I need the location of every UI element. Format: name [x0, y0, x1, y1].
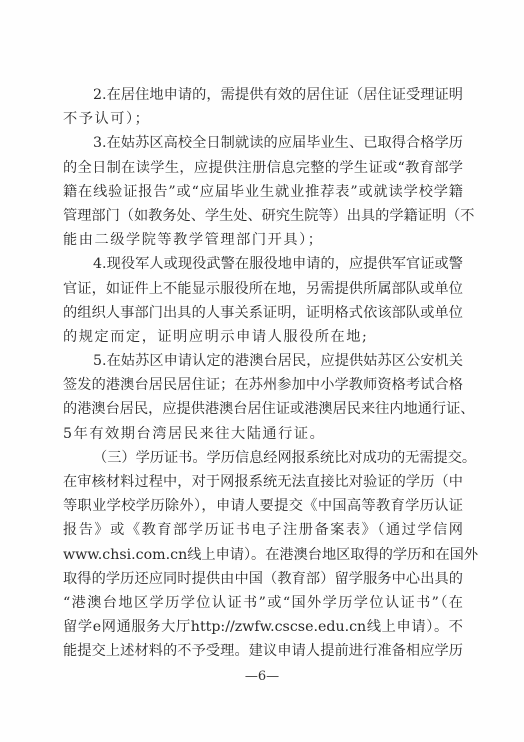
text-line: 的规定而定，证明应明示申请人服役所在地;	[63, 325, 463, 349]
text-line: 4.现役军人或现役武警在服役地申请的，应提供军官证或警	[63, 252, 463, 276]
text-line: 能由二级学院等教学管理部门开具）；	[63, 228, 463, 252]
text-line: 签发的港澳台居民居住证；在苏州参加中小学教师资格考试合格	[63, 373, 463, 397]
text-line: 在审核材料过程中，对于网报系统无法直接比对验证的学历（中	[63, 470, 463, 494]
text-line: 籍在线验证报告”或“应届毕业生就业推荐表”或就读学校学籍	[63, 180, 463, 204]
text-line: 不予认可）；	[63, 107, 463, 131]
page-number: —6—	[0, 669, 524, 684]
text-line: 能提交上述材料的不予受理。建议申请人提前进行准备相应学历	[63, 639, 463, 663]
text-line: 3.在姑苏区高校全日制就读的应届毕业生、已取得合格学历	[63, 131, 463, 155]
text-line: 报告》或《教育部学历证书电子注册备案表》（通过学信网	[63, 518, 463, 542]
text-line: 的组织人事部门出具的人事关系证明，证明格式依该部队或单位	[63, 301, 463, 325]
text-line: 5年有效期台湾居民来往大陆通行证。	[63, 422, 463, 446]
text-line: 取得的学历还应同时提供由中国（教育部）留学服务中心出具的	[63, 567, 463, 591]
text-line: 5.在姑苏区申请认定的港澳台居民，应提供姑苏区公安机关	[63, 349, 463, 373]
text-line: 的港澳台居民，应提供港澳台居住证或港澳居民来往内地通行证、	[63, 397, 463, 421]
section-heading-line: （三）学历证书。学历信息经网报系统比对成功的无需提交。	[63, 446, 463, 470]
text-line-with-url: 留学e网通服务大厅http://zwfw.cscse.edu.cn线上申请）。不	[63, 615, 463, 639]
text-line-with-url: www.chsi.com.cn线上申请）。在港澳台地区取得的学历和在国外	[63, 543, 463, 567]
text-line: 等职业学校学历除外），申请人要提交《中国高等教育学历认证	[63, 494, 463, 518]
text-line: 的全日制在读学生，应提供注册信息完整的学生证或“教育部学	[63, 156, 463, 180]
text-line: 管理部门（如教务处、学生处、研究生院等）出具的学籍证明（不	[63, 204, 463, 228]
document-body: 2.在居住地申请的，需提供有效的居住证（居住证受理证明 不予认可）； 3.在姑苏…	[63, 83, 463, 664]
text-line: “港澳台地区学历学位认证书”或“国外学历学位认证书”（在	[63, 591, 463, 615]
text-line: 2.在居住地申请的，需提供有效的居住证（居住证受理证明	[63, 83, 463, 107]
document-page: 2.在居住地申请的，需提供有效的居住证（居住证受理证明 不予认可）； 3.在姑苏…	[0, 0, 524, 742]
text-line: 官证，如证件上不能显示服役所在地，另需提供所属部队或单位	[63, 277, 463, 301]
